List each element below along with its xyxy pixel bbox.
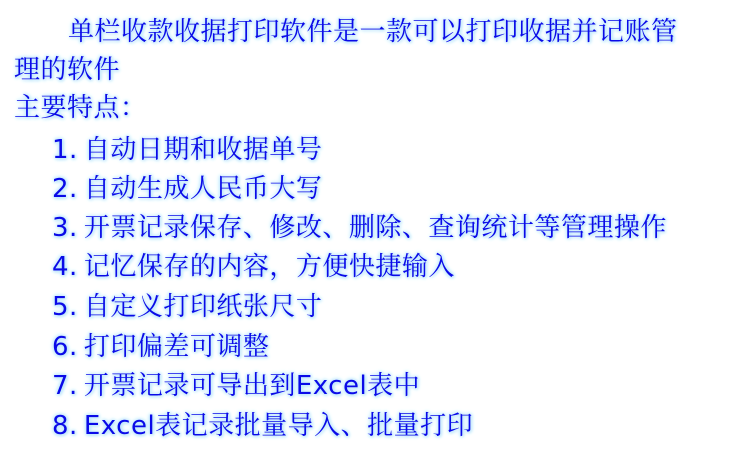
feature-text: Excel表记录批量导入、批量打印 [84, 411, 473, 441]
feature-text: 开票记录可导出到Excel表中 [84, 371, 420, 401]
feature-item: 1.自动日期和收据单号 [52, 131, 322, 169]
feature-item: 5.自定义打印纸张尺寸 [52, 288, 322, 326]
feature-text: 记忆保存的内容，方便快捷输入 [84, 252, 455, 282]
feature-number: 3. [52, 213, 78, 243]
feature-item: 8.Excel表记录批量导入、批量打印 [52, 407, 473, 445]
feature-number: 4. [52, 252, 78, 282]
feature-item: 7.开票记录可导出到Excel表中 [52, 367, 420, 405]
feature-number: 2. [52, 174, 78, 204]
features-heading: 主要特点： [14, 89, 147, 127]
feature-number: 7. [52, 371, 78, 401]
feature-number: 8. [52, 411, 78, 441]
feature-text: 自动日期和收据单号 [84, 135, 323, 165]
intro-line-2: 理的软件 [14, 51, 120, 89]
intro-line-1: 单栏收款收据打印软件是一款可以打印收据并记账管 [68, 13, 678, 51]
feature-text: 打印偏差可调整 [84, 332, 270, 362]
feature-number: 1. [52, 135, 78, 165]
feature-item: 3.开票记录保存、修改、删除、查询统计等管理操作 [52, 209, 667, 247]
feature-item: 2.自动生成人民币大写 [52, 170, 322, 208]
feature-number: 5. [52, 292, 78, 322]
feature-text: 自动生成人民币大写 [84, 174, 323, 204]
feature-item: 4.记忆保存的内容，方便快捷输入 [52, 248, 455, 286]
feature-item: 6.打印偏差可调整 [52, 328, 269, 366]
feature-number: 6. [52, 332, 78, 362]
feature-text: 开票记录保存、修改、删除、查询统计等管理操作 [84, 213, 667, 243]
feature-text: 自定义打印纸张尺寸 [84, 292, 323, 322]
